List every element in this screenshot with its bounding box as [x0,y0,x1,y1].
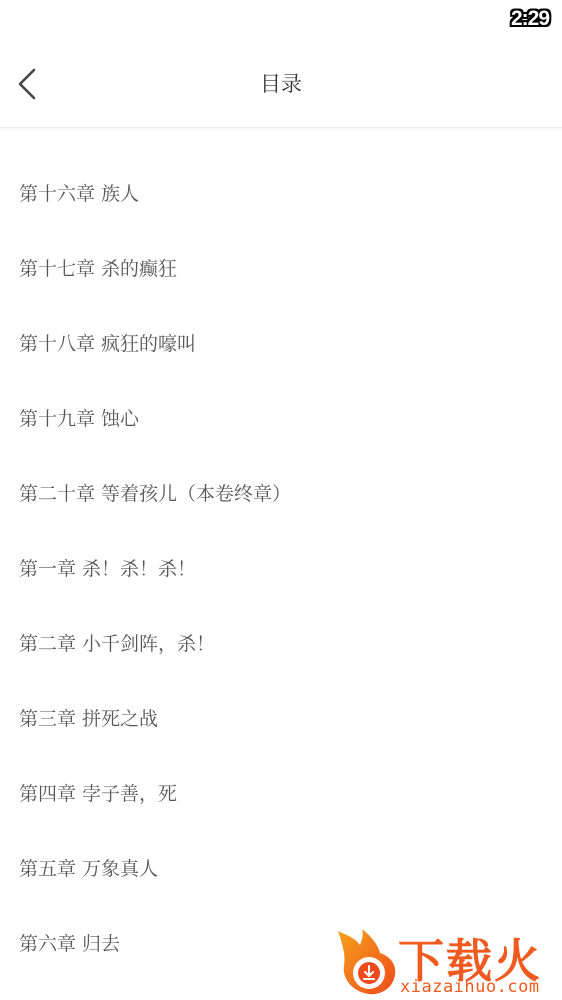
flame-logo-icon [332,925,402,997]
chapter-item[interactable]: 第二十章 等着孩儿（本卷终章） [0,457,562,532]
chapter-item[interactable]: 第四章 孛子善，死 [0,757,562,832]
watermark-url: xiazaihuo.com [400,977,540,997]
watermark: 下载火 xiazaihuo.com [332,925,562,1000]
chapter-item[interactable]: 第十八章 疯狂的嚎叫 [0,307,562,382]
chapter-item[interactable]: 第十七章 杀的癫狂 [0,232,562,307]
status-time: 2:29 [511,7,549,31]
status-bar: 2:29 [0,0,562,40]
chapter-item[interactable]: 第十六章 族人 [0,157,562,232]
chapter-item[interactable]: 第二章 小千剑阵，杀！ [0,607,562,682]
chapter-item[interactable]: 第三章 拼死之战 [0,682,562,757]
page-title: 目录 [0,68,562,98]
chapter-item[interactable]: 第十九章 蚀心 [0,382,562,457]
chapter-item[interactable]: 第五章 万象真人 [0,832,562,907]
nav-bar: 目录 [0,40,562,128]
header-shadow [0,128,562,133]
chapter-list: 第十六章 族人 第十七章 杀的癫狂 第十八章 疯狂的嚎叫 第十九章 蚀心 第二十… [0,157,562,982]
chapter-item[interactable]: 第一章 杀！杀！杀！ [0,532,562,607]
